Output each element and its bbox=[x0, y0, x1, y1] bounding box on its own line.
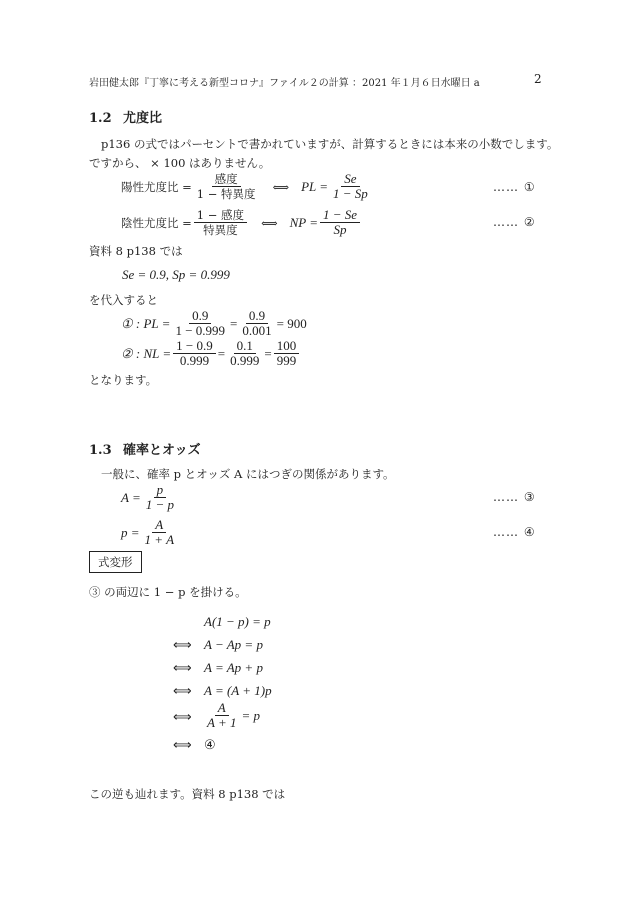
numerator: 感度 bbox=[212, 172, 241, 187]
numerator: A bbox=[215, 701, 229, 716]
equation-4: p = A1 + A bbox=[121, 518, 179, 547]
equation-2: 陰性尤度比 = 1 − 感度特異度 ⟺ NP = 1 − SeSp bbox=[121, 208, 362, 237]
equation-tag: …… ④ bbox=[493, 525, 536, 539]
paragraph: 資料 8 p138 では bbox=[89, 243, 183, 259]
eq-lhs: 陰性尤度比 = bbox=[121, 215, 192, 231]
rhs: = p bbox=[241, 708, 260, 724]
paragraph: ですから、 × 100 はありません。 bbox=[89, 155, 270, 171]
paragraph: となります。 bbox=[89, 372, 157, 388]
equals: = bbox=[264, 346, 271, 362]
denominator: 0.001 bbox=[239, 324, 274, 338]
derivation-line: A − Ap = p bbox=[204, 637, 263, 653]
numerator: Se bbox=[341, 172, 359, 187]
denominator: 特異度 bbox=[200, 223, 241, 237]
boxed-label: 式変形 bbox=[89, 551, 142, 573]
paragraph: この逆も辿れます。資料 8 p138 では bbox=[89, 786, 285, 802]
equation-reference: ④ bbox=[204, 737, 216, 753]
numerator: 0.9 bbox=[246, 309, 268, 324]
numerator: p bbox=[154, 483, 167, 498]
fraction: A1 + A bbox=[142, 518, 177, 547]
calculation-1: ① : PL = 0.91 − 0.999 = 0.90.001 = 900 bbox=[121, 309, 307, 338]
paragraph: ③ の両辺に 1 − p を掛ける。 bbox=[89, 584, 247, 600]
eq-lhs: 陽性尤度比 = bbox=[121, 179, 192, 195]
fraction: 1 − 0.90.999 bbox=[173, 339, 216, 368]
section-heading-1-2: 1.2尤度比 bbox=[89, 107, 162, 126]
section-title: 確率とオッズ bbox=[123, 443, 201, 458]
fraction: p1 − p bbox=[143, 483, 177, 512]
paragraph: p136 の式ではパーセントで書かれていますが、計算するときには本来の小数でしま… bbox=[101, 136, 558, 152]
denominator: A + 1 bbox=[204, 716, 239, 730]
equals: = bbox=[218, 346, 225, 362]
running-header: 岩田健太郎『丁寧に考える新型コロナ』ファイル２の計算 ：2021 年１月６日水曜… bbox=[89, 74, 480, 89]
eq-lhs: A = bbox=[121, 490, 141, 506]
page-number: 2 bbox=[534, 72, 542, 86]
calc-lhs: ① : PL = bbox=[121, 316, 170, 332]
eq-lhs: p = bbox=[121, 525, 140, 541]
numerator: 0.9 bbox=[189, 309, 211, 324]
equation-tag: …… ① bbox=[493, 180, 536, 194]
result: = 900 bbox=[277, 316, 307, 332]
numerator: 0.1 bbox=[234, 339, 256, 354]
iff-symbol: ⟺ bbox=[261, 216, 278, 230]
fraction: 1 − SeSp bbox=[320, 208, 360, 237]
section-heading-1-3: 1.3確率とオッズ bbox=[89, 439, 201, 458]
numerator: A bbox=[152, 518, 166, 533]
numerator: 100 bbox=[274, 339, 300, 354]
calculation-2: ② : NL = 1 − 0.90.999 = 0.10.999 = 10099… bbox=[121, 339, 301, 368]
values-line: Se = 0.9, Sp = 0.999 bbox=[122, 267, 230, 283]
iff-symbol: ⟺ bbox=[173, 637, 192, 653]
fraction: 100999 bbox=[274, 339, 300, 368]
iff-symbol: ⟺ bbox=[173, 660, 192, 676]
fraction: 0.10.999 bbox=[227, 339, 262, 368]
numerator: 1 − Se bbox=[320, 208, 360, 223]
derivation-line: AA + 1 = p bbox=[202, 701, 260, 730]
iff-symbol: ⟺ bbox=[173, 683, 192, 699]
denominator: Sp bbox=[330, 223, 349, 237]
denominator: 999 bbox=[274, 354, 300, 368]
eq-var: NP = bbox=[290, 215, 318, 231]
equation-1: 陽性尤度比 = 感度1 − 特異度 ⟺ PL = Se1 − Sp bbox=[121, 172, 373, 201]
iff-symbol: ⟺ bbox=[173, 737, 192, 753]
section-title: 尤度比 bbox=[123, 111, 162, 126]
fraction: Se1 − Sp bbox=[330, 172, 371, 201]
fraction: 感度1 − 特異度 bbox=[194, 172, 259, 201]
derivation-line: A = (A + 1)p bbox=[204, 683, 272, 699]
equation-3: A = p1 − p bbox=[121, 483, 179, 512]
fraction: 0.90.001 bbox=[239, 309, 274, 338]
numerator: 1 − 感度 bbox=[194, 208, 247, 223]
denominator: 0.999 bbox=[177, 354, 212, 368]
paragraph: 一般に、確率 p とオッズ A にはつぎの関係があります。 bbox=[101, 466, 395, 482]
iff-symbol: ⟺ bbox=[173, 709, 192, 725]
paragraph: を代入すると bbox=[89, 292, 158, 308]
iff-symbol: ⟺ bbox=[273, 180, 290, 194]
section-number: 1.2 bbox=[89, 111, 123, 126]
denominator: 1 − p bbox=[143, 498, 177, 512]
denominator: 1 − 0.999 bbox=[172, 324, 228, 338]
denominator: 1 + A bbox=[142, 533, 177, 547]
denominator: 1 − 特異度 bbox=[194, 187, 259, 201]
equals: = bbox=[230, 316, 237, 332]
denominator: 1 − Sp bbox=[330, 187, 371, 201]
eq-var: PL = bbox=[301, 179, 328, 195]
fraction: 1 − 感度特異度 bbox=[194, 208, 247, 237]
fraction: AA + 1 bbox=[204, 701, 239, 730]
numerator: 1 − 0.9 bbox=[173, 339, 216, 354]
fraction: 0.91 − 0.999 bbox=[172, 309, 228, 338]
equation-tag: …… ② bbox=[493, 215, 536, 229]
derivation-line: A(1 − p) = p bbox=[204, 614, 271, 630]
equation-tag: …… ③ bbox=[493, 490, 536, 504]
calc-lhs: ② : NL = bbox=[121, 346, 171, 362]
denominator: 0.999 bbox=[227, 354, 262, 368]
derivation-line: A = Ap + p bbox=[204, 660, 263, 676]
section-number: 1.3 bbox=[89, 443, 123, 458]
